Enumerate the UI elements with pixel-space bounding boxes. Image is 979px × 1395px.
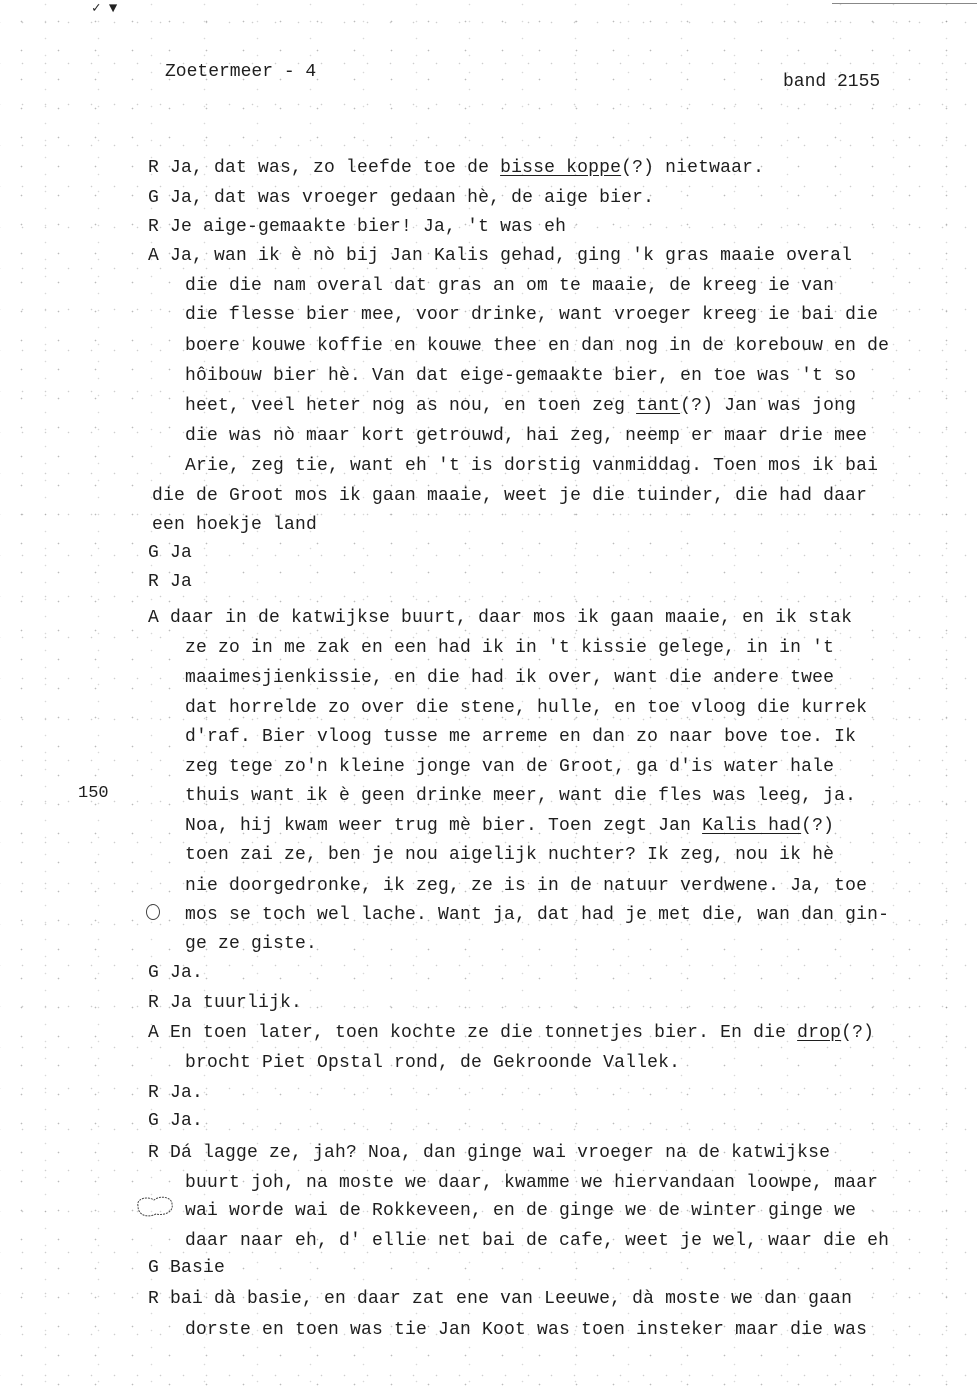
speaker-label: G xyxy=(148,543,170,563)
tape-number: band 2155 xyxy=(783,72,880,92)
line-text: Ja xyxy=(170,572,192,592)
line-text: Ja, dat was vroeger gedaan hè, de aige b… xyxy=(170,188,654,208)
transcript-line: dorste en toen was tie Jan Koot was toen… xyxy=(185,1320,867,1340)
transcript-line: G Ja. xyxy=(148,1111,203,1131)
transcript-line: daar naar eh, d' ellie net bai de cafe, … xyxy=(185,1231,889,1251)
line-text: Arie, zeg tie, want eh 't is dorstig van… xyxy=(185,456,878,476)
line-text: Ja tuurlijk. xyxy=(170,993,302,1013)
line-text: Ja. xyxy=(170,963,203,983)
line-text: brocht Piet Opstal rond, de Gekroonde Va… xyxy=(185,1053,680,1073)
line-text: een hoekje land xyxy=(152,515,317,535)
transcript-line: die de Groot mos ik gaan maaie, weet je … xyxy=(152,486,867,506)
line-text: Noa, hij kwam weer trug mè bier. Toen ze… xyxy=(185,816,702,836)
line-text: Je aige-gemaakte bier! Ja, 't was eh xyxy=(170,217,566,237)
speaker-label: G xyxy=(148,188,170,208)
transcript-line: hôibouw bier hè. Van dat eige-gemaakte b… xyxy=(185,366,856,386)
line-text: En toen later, toen kochte ze die tonnet… xyxy=(170,1023,797,1043)
transcript-line: R bai dà basie, en daar zat ene van Leeu… xyxy=(148,1289,852,1309)
line-text: thuis want ik è geen drinke meer, want d… xyxy=(185,786,856,806)
line-text: mos se toch wel lache. Want ja, dat had … xyxy=(185,905,889,925)
transcript-line: R Je aige-gemaakte bier! Ja, 't was eh xyxy=(148,217,566,237)
transcript-line: R Ja tuurlijk. xyxy=(148,993,302,1013)
line-text: Basie xyxy=(170,1258,225,1278)
scan-edge-line xyxy=(832,3,977,4)
transcript-line: R Ja. xyxy=(148,1083,203,1103)
speaker-label: G xyxy=(148,963,170,983)
line-text: dorste en toen was tie Jan Koot was toen… xyxy=(185,1320,867,1340)
line-text: die de Groot mos ik gaan maaie, weet je … xyxy=(152,486,867,506)
line-text: d'raf. Bier vloog tusse me arreme en dan… xyxy=(185,727,856,747)
transcript-line: G Ja, dat was vroeger gedaan hè, de aige… xyxy=(148,188,654,208)
transcript-line: d'raf. Bier vloog tusse me arreme en dan… xyxy=(185,727,856,747)
transcript-line: G Ja. xyxy=(148,963,203,983)
underlined-uncertain-word: Kalis had xyxy=(702,816,801,836)
speaker-label: A xyxy=(148,1023,170,1043)
transcript-line: brocht Piet Opstal rond, de Gekroonde Va… xyxy=(185,1053,680,1073)
corner-pen-mark: ✓ ▼ xyxy=(92,0,117,17)
line-text: Ja, dat was, zo leefde toe de xyxy=(170,158,500,178)
transcript-line: ge ze giste. xyxy=(185,934,317,954)
transcript-line: die flesse bier mee, voor drinke, want v… xyxy=(185,305,878,325)
transcript-line: R Dá lagge ze, jah? Noa, dan ginge wai v… xyxy=(148,1143,830,1163)
line-text: toen zai ze, ben je nou aigelijk nuchter… xyxy=(185,845,834,865)
line-text: die flesse bier mee, voor drinke, want v… xyxy=(185,305,878,325)
line-text: heet, veel heter nog as nou, en toen zeg xyxy=(185,396,636,416)
line-text: maaimesjienkissie, en die had ik over, w… xyxy=(185,668,834,688)
line-text: Ja. xyxy=(170,1083,203,1103)
line-text: (?) xyxy=(801,816,834,836)
line-text: (?) xyxy=(841,1023,874,1043)
speaker-label: R xyxy=(148,1289,170,1309)
transcript-line: boere kouwe koffie en kouwe thee en dan … xyxy=(185,336,889,356)
underlined-uncertain-word: drop xyxy=(797,1023,841,1043)
transcript-line: buurt joh, na moste we daar, kwamme we h… xyxy=(185,1173,878,1193)
transcript-line: A Ja, wan ik è nò bij Jan Kalis gehad, g… xyxy=(148,246,852,266)
transcript-line: toen zai ze, ben je nou aigelijk nuchter… xyxy=(185,845,834,865)
speaker-label: R xyxy=(148,993,170,1013)
transcript-line: dat horrelde zo over die stene, hulle, e… xyxy=(185,698,867,718)
speaker-label: R xyxy=(148,158,170,178)
margin-line-number: 150 xyxy=(78,784,109,803)
transcript-line: wai worde wai de Rokkeveen, en de ginge … xyxy=(185,1201,856,1221)
line-text: Ja, wan ik è nò bij Jan Kalis gehad, gin… xyxy=(170,246,852,266)
line-text: hôibouw bier hè. Van dat eige-gemaakte b… xyxy=(185,366,856,386)
speaker-label: R xyxy=(148,217,170,237)
speaker-label: R xyxy=(148,1143,170,1163)
transcript-line: nie doorgedronke, ik zeg, ze is in de na… xyxy=(185,876,867,896)
line-text: boere kouwe koffie en kouwe thee en dan … xyxy=(185,336,889,356)
transcript-line: G Basie xyxy=(148,1258,225,1278)
transcript-line: heet, veel heter nog as nou, en toen zeg… xyxy=(185,396,856,416)
page-title: Zoetermeer - 4 xyxy=(165,62,316,82)
underlined-uncertain-word: tant xyxy=(636,396,680,416)
line-text: daar naar eh, d' ellie net bai de cafe, … xyxy=(185,1231,889,1251)
handwritten-scribble xyxy=(134,1194,176,1220)
transcript-line: A En toen later, toen kochte ze die tonn… xyxy=(148,1023,874,1043)
line-text: zeg tege zo'n kleine jonge van de Groot,… xyxy=(185,757,834,777)
line-text: ze zo in me zak en een had ik in 't kiss… xyxy=(185,638,834,658)
transcript-line: G Ja xyxy=(148,543,192,563)
line-text: dat horrelde zo over die stene, hulle, e… xyxy=(185,698,867,718)
line-text: Dá lagge ze, jah? Noa, dan ginge wai vro… xyxy=(170,1143,830,1163)
line-text: bai dà basie, en daar zat ene van Leeuwe… xyxy=(170,1289,852,1309)
transcript-line: die die nam overal dat gras an om te maa… xyxy=(185,276,834,296)
transcript-line: R Ja xyxy=(148,572,192,592)
line-text: die die nam overal dat gras an om te maa… xyxy=(185,276,834,296)
line-text: (?) Jan was jong xyxy=(680,396,856,416)
transcript-line: R Ja, dat was, zo leefde toe de bisse ko… xyxy=(148,158,764,178)
line-text: Ja. xyxy=(170,1111,203,1131)
handwritten-circle-mark xyxy=(146,904,160,920)
speaker-label: G xyxy=(148,1111,170,1131)
line-text: Ja xyxy=(170,543,192,563)
underlined-uncertain-word: bisse koppe xyxy=(500,158,621,178)
line-text: wai worde wai de Rokkeveen, en de ginge … xyxy=(185,1201,856,1221)
transcript-line: A daar in de katwijkse buurt, daar mos i… xyxy=(148,608,852,628)
line-text: (?) nietwaar. xyxy=(621,158,764,178)
transcript-line: mos se toch wel lache. Want ja, dat had … xyxy=(185,905,889,925)
transcript-line: Noa, hij kwam weer trug mè bier. Toen ze… xyxy=(185,816,834,836)
transcript-line: een hoekje land xyxy=(152,515,317,535)
transcript-line: Arie, zeg tie, want eh 't is dorstig van… xyxy=(185,456,878,476)
transcript-line: maaimesjienkissie, en die had ik over, w… xyxy=(185,668,834,688)
transcript-line: zeg tege zo'n kleine jonge van de Groot,… xyxy=(185,757,834,777)
transcript-line: thuis want ik è geen drinke meer, want d… xyxy=(185,786,856,806)
speaker-label: R xyxy=(148,1083,170,1103)
line-text: buurt joh, na moste we daar, kwamme we h… xyxy=(185,1173,878,1193)
speaker-label: G xyxy=(148,1258,170,1278)
line-text: daar in de katwijkse buurt, daar mos ik … xyxy=(170,608,852,628)
transcript-line: ze zo in me zak en een had ik in 't kiss… xyxy=(185,638,834,658)
line-text: die was nò maar kort getrouwd, hai zeg, … xyxy=(185,426,867,446)
speaker-label: R xyxy=(148,572,170,592)
line-text: nie doorgedronke, ik zeg, ze is in de na… xyxy=(185,876,867,896)
transcript-line: die was nò maar kort getrouwd, hai zeg, … xyxy=(185,426,867,446)
speaker-label: A xyxy=(148,246,170,266)
line-text: ge ze giste. xyxy=(185,934,317,954)
speaker-label: A xyxy=(148,608,170,628)
